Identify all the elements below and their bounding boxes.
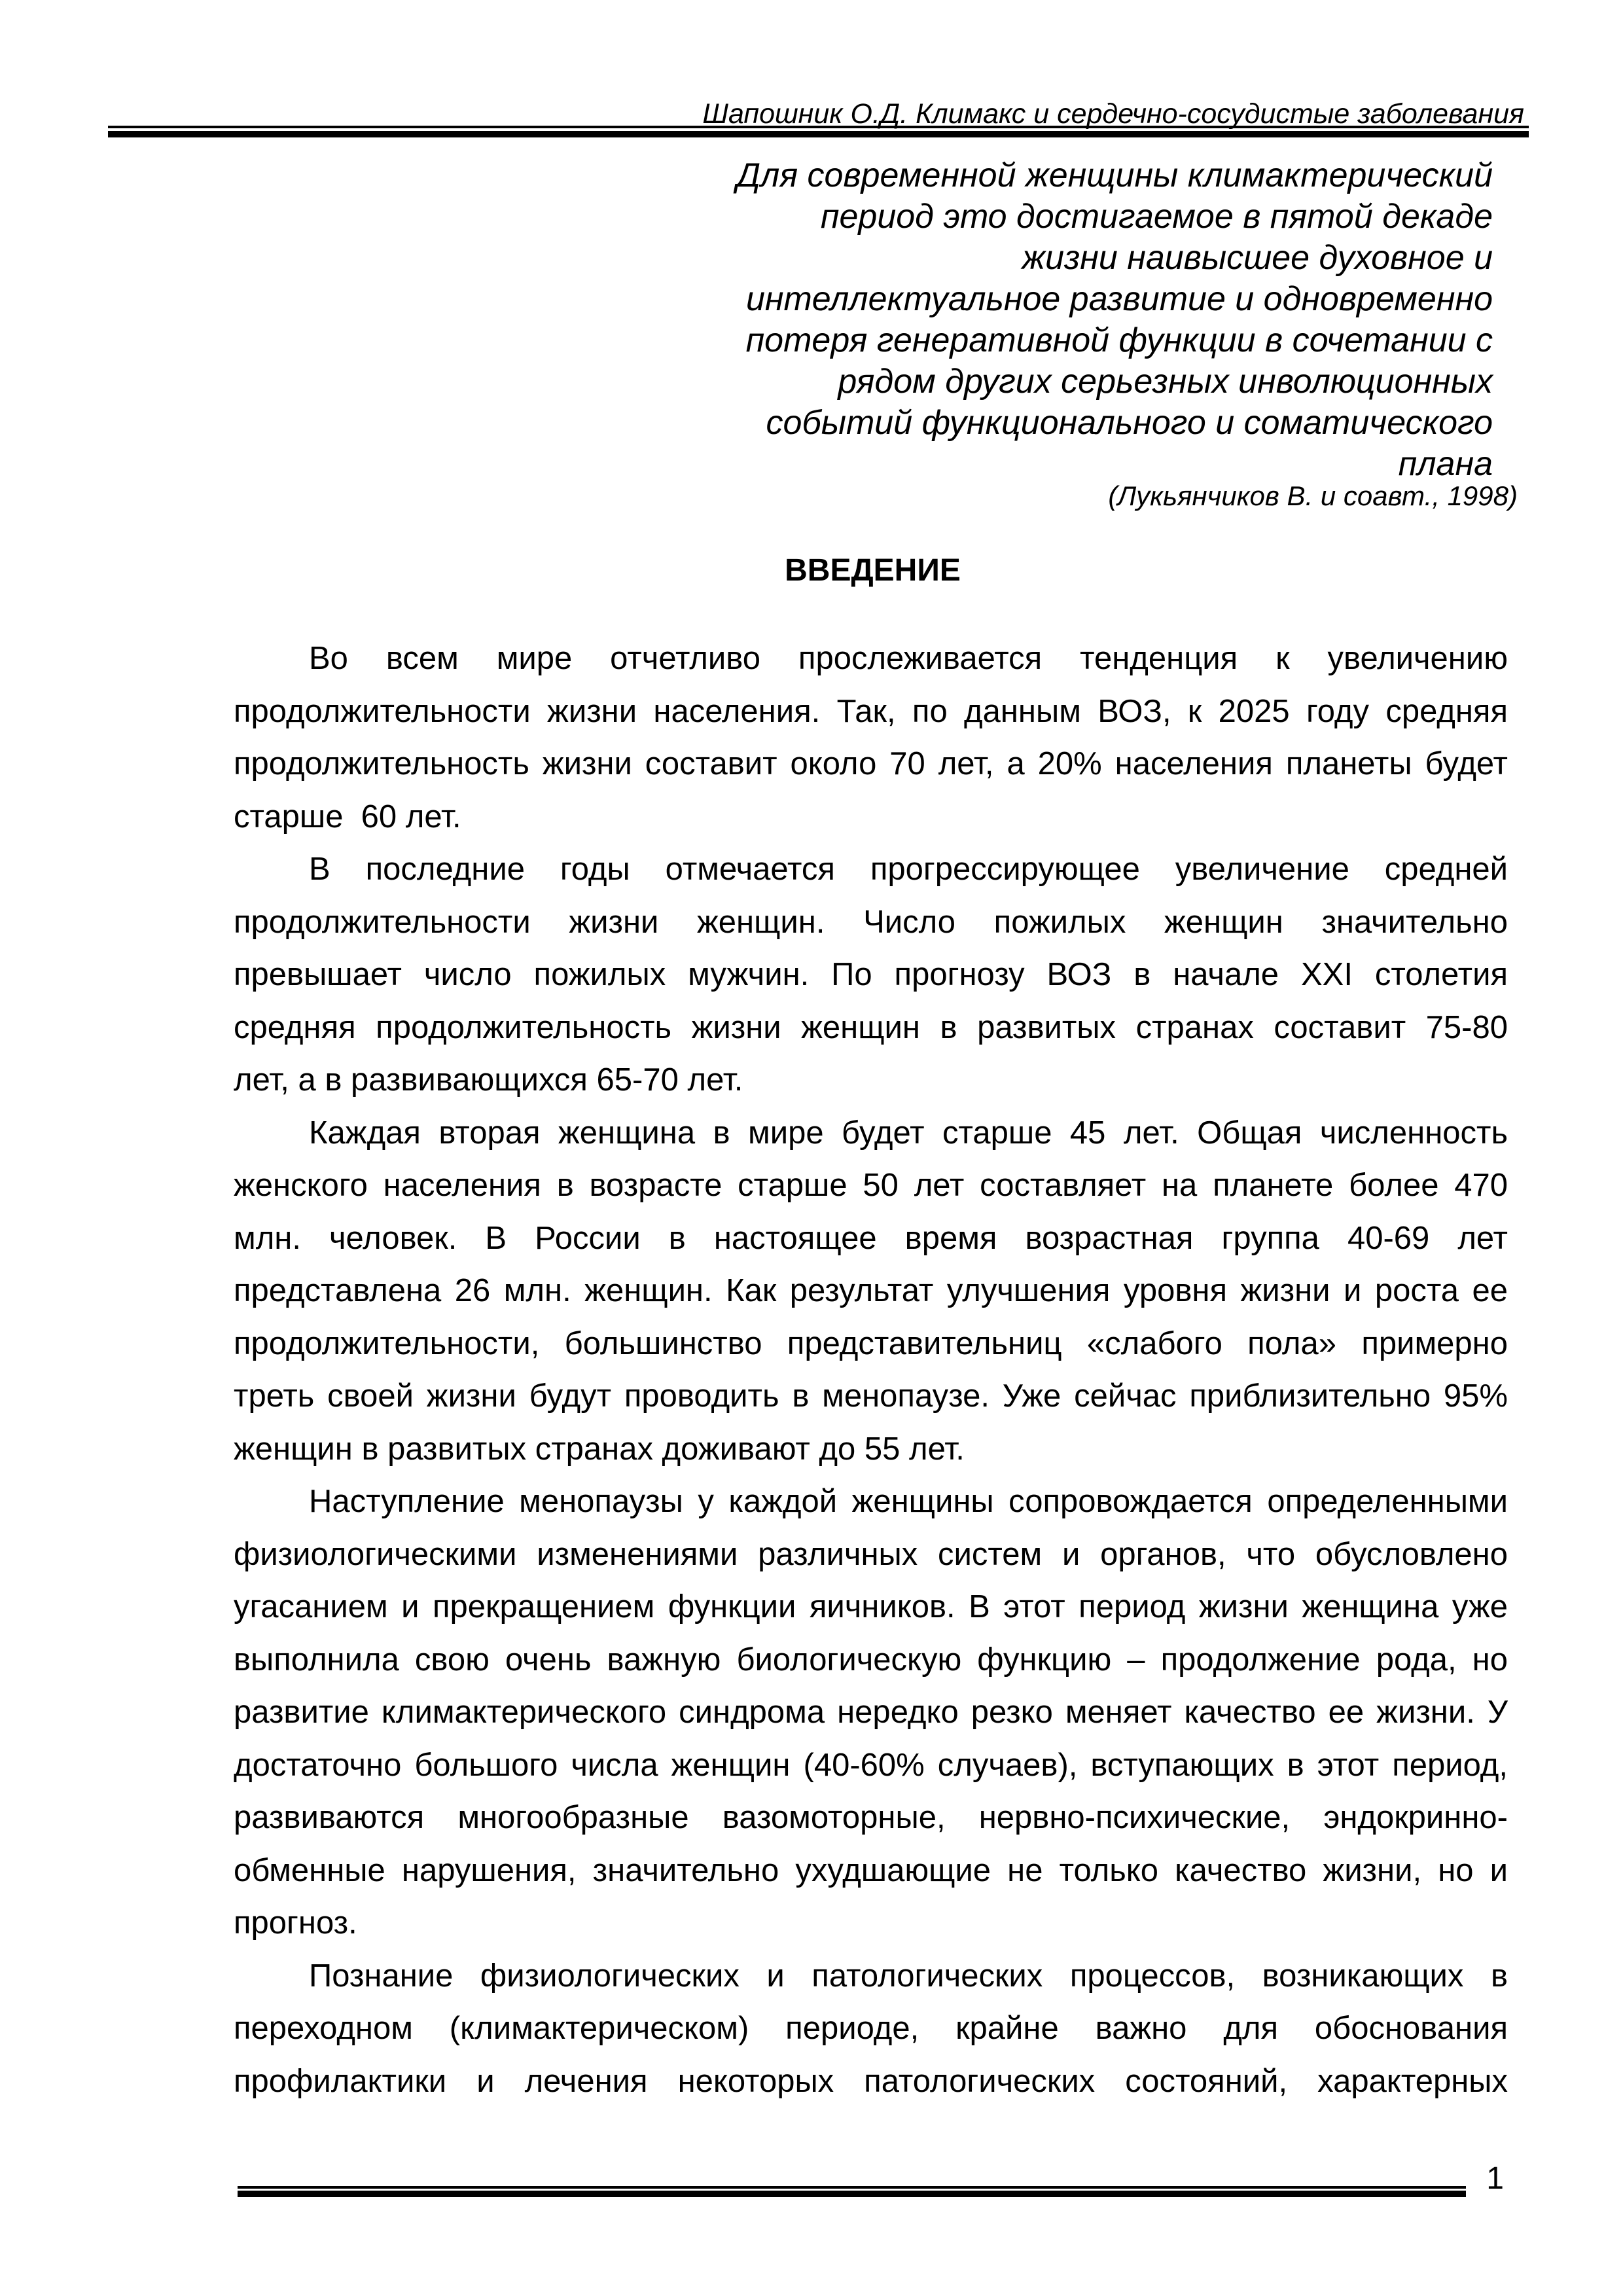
body-line: Наступление менопаузы у каждой женщины с… — [234, 1475, 1508, 1528]
body-line: превышает число пожилых мужчин. По прогн… — [234, 948, 1508, 1001]
body-line: Во всем мире отчетливо прослеживается те… — [234, 632, 1508, 685]
body-line: Каждая вторая женщина в мире будет старш… — [234, 1107, 1508, 1160]
body-line: В последние годы отмечается прогрессирую… — [234, 843, 1508, 896]
paragraph: Во всем мире отчетливо прослеживается те… — [234, 632, 1508, 843]
paragraph: Наступление менопаузы у каждой женщины с… — [234, 1475, 1508, 1950]
body-line: выполнила свою очень важную биологическу… — [234, 1634, 1508, 1687]
body-line: переходном (климактерическом) периоде, к… — [234, 2002, 1508, 2055]
footer-rule-thick-line — [238, 2191, 1466, 2197]
footer-rule — [238, 2186, 1466, 2197]
body-line: угасанием и прекращением функции яичнико… — [234, 1581, 1508, 1634]
body-line: Познание физиологических и патологически… — [234, 1950, 1508, 2003]
page-number: 1 — [1486, 2162, 1504, 2195]
body-line: женского населения в возрасте старше 50 … — [234, 1159, 1508, 1212]
body-text: Во всем мире отчетливо прослеживается те… — [234, 632, 1508, 2108]
epigraph-line: интеллектуальное развитие и одновременно — [736, 279, 1493, 320]
body-line: профилактики и лечения некоторых патолог… — [234, 2055, 1508, 2108]
epigraph-attribution: (Лукьянчиков В. и соавт., 1998) — [1108, 480, 1518, 512]
epigraph-line: плана — [736, 444, 1493, 485]
body-line: лет, а в развивающихся 65-70 лет. — [234, 1054, 1508, 1107]
epigraph-line: событий функционального и соматического — [736, 403, 1493, 444]
section-heading: ВВЕДЕНИЕ — [236, 551, 1510, 590]
body-line: продолжительность жизни составит около 7… — [234, 738, 1508, 791]
epigraph-line: период это достигаемое в пятой декаде — [736, 196, 1493, 238]
paragraph: Познание физиологических и патологически… — [234, 1950, 1508, 2108]
body-line: продолжительности, большинство представи… — [234, 1318, 1508, 1371]
body-line: физиологическими изменениями различных с… — [234, 1528, 1508, 1581]
body-line: средняя продолжительность жизни женщин в… — [234, 1001, 1508, 1054]
body-line: женщин в развитых странах доживают до 55… — [234, 1423, 1508, 1476]
body-line: развиваются многообразные вазомоторные, … — [234, 1791, 1508, 1844]
header-rule — [108, 126, 1529, 137]
epigraph-line: рядом других серьезных инволюционных — [736, 361, 1493, 403]
epigraph-line: жизни наивысшее духовное и — [736, 238, 1493, 279]
body-line: треть своей жизни будут проводить в мено… — [234, 1370, 1508, 1423]
body-line: достаточно большого числа женщин (40-60%… — [234, 1739, 1508, 1792]
body-line: обменные нарушения, значительно ухудшающ… — [234, 1844, 1508, 1897]
epigraph-line: потеря генеративной функции в сочетании … — [736, 320, 1493, 361]
paragraph: В последние годы отмечается прогрессирую… — [234, 843, 1508, 1107]
paragraph: Каждая вторая женщина в мире будет старш… — [234, 1107, 1508, 1476]
epigraph-line: Для современной женщины климактерический — [736, 155, 1493, 196]
body-line: продолжительности жизни женщин. Число по… — [234, 896, 1508, 949]
header-rule-thick-line — [108, 131, 1529, 137]
epigraph: Для современной женщины климактерический… — [736, 155, 1493, 485]
body-line: прогноз. — [234, 1897, 1508, 1950]
body-line: старше 60 лет. — [234, 791, 1508, 844]
document-page: Шапошник О.Д. Климакс и сердечно-сосудис… — [0, 0, 1623, 2296]
body-line: продолжительности жизни населения. Так, … — [234, 685, 1508, 738]
body-line: представлена 26 млн. женщин. Как результ… — [234, 1265, 1508, 1318]
body-line: развитие климактерического синдрома нере… — [234, 1686, 1508, 1739]
body-line: млн. человек. В России в настоящее время… — [234, 1212, 1508, 1265]
